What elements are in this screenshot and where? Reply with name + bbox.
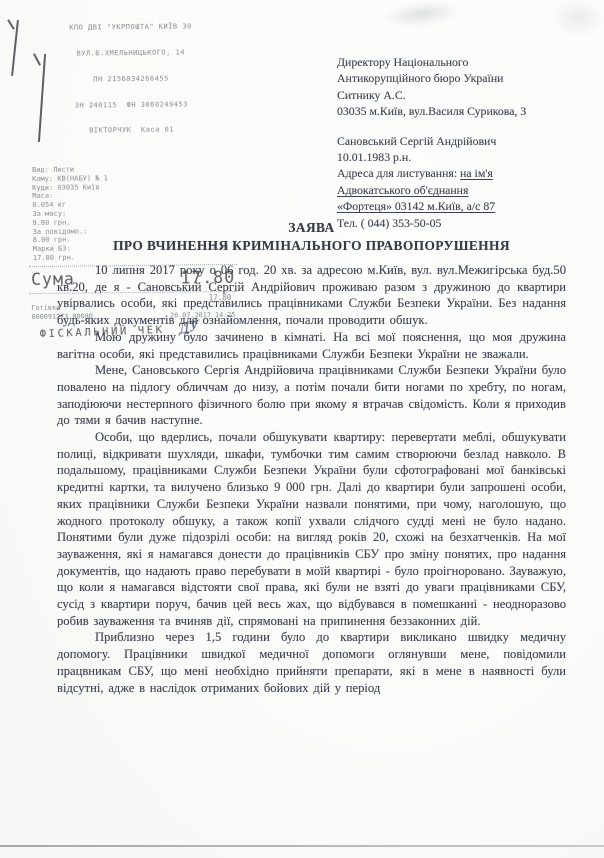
receipt-header-line: ПН 2156034266455 — [27, 74, 235, 85]
body-paragraph: Мене, Сановського Сергія Андрійовича пра… — [57, 362, 566, 429]
addressee-block: Директору Національного Антикорупційного… — [337, 54, 582, 231]
spacer — [337, 120, 582, 133]
recipient-line: Директору Національного — [337, 54, 582, 70]
page-edge-shadow — [0, 845, 604, 847]
recipient-line: 03035 м.Київ, вул.Василя Сурикова, 3 — [337, 103, 582, 119]
receipt-header-line: КПО ДВІ "УКРПОШТА" КИЇВ 30 — [26, 22, 234, 33]
document-title-line1: ЗАЯВА — [57, 219, 566, 237]
scanned-document-page: КПО ДВІ "УКРПОШТА" КИЇВ 30 ВУЛ.Б.ХМЕЛЬНИ… — [0, 0, 604, 858]
body-paragraph: Мою дружину було зачинено в кімнаті. На … — [57, 329, 566, 362]
document-title: ЗАЯВА ПРО ВЧИНЕННЯ КРИМІНАЛЬНОГО ПРАВОПО… — [57, 219, 566, 254]
body-paragraph: Приблизно через 1,5 години було до кварт… — [57, 629, 566, 696]
sender-line: 10.01.1983 р.н. — [337, 149, 582, 165]
correspondence-underlined: на ім'я — [460, 166, 493, 180]
correspondence-line: Адреса для листування: на ім'я — [337, 165, 582, 181]
letter-body: 10 липня 2017 року о 06 год. 20 хв. за а… — [57, 262, 566, 696]
correspondence-prefix: Адреса для листування: — [337, 166, 460, 180]
receipt-header-line: ВІКТОРЧУК Каса 01 — [28, 125, 236, 136]
scan-smudge — [552, 0, 604, 36]
scan-smudge — [382, 0, 462, 30]
document-title-line2: ПРО ВЧИНЕННЯ КРИМІНАЛЬНОГО ПРАВОПОРУШЕНН… — [57, 237, 566, 255]
receipt-header-line: ЗН 240115 ФН 3060249453 — [27, 99, 235, 110]
recipient-line: Ситнику А.С. — [337, 87, 582, 103]
body-paragraph: Особи, що вдерлись, почали обшукувати кв… — [57, 429, 566, 629]
body-paragraph: 10 липня 2017 року о 06 год. 20 хв. за а… — [57, 262, 566, 329]
staple-mark — [7, 19, 15, 29]
recipient-line: Антикорупційного бюро України — [337, 70, 582, 86]
correspondence-line-underlined: Адвокатського об'єднання — [337, 182, 582, 198]
correspondence-line-underlined: «Фортеця» 03142 м.Київ, а/с 87 — [337, 198, 582, 214]
sender-line: Сановський Сергій Андрійович — [337, 133, 582, 149]
receipt-header-line: ВУЛ.Б.ХМЕЛЬНИЦЬКОГО, 14 — [27, 48, 235, 59]
